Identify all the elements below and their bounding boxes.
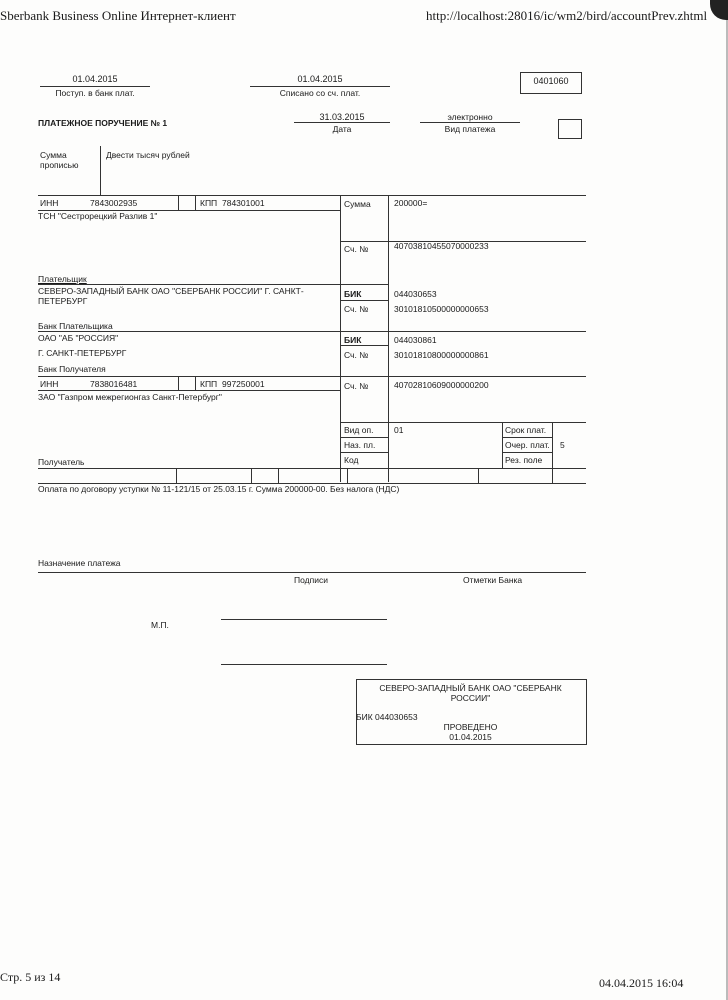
- payee-bank-name-1: ОАО "АБ "РОССИЯ": [38, 333, 118, 343]
- payer-bank-name-1: СЕВЕРО-ЗАПАДНЫЙ БАНК ОАО "СБЕРБАНК РОССИ…: [38, 286, 304, 296]
- debited-date: 01.04.2015: [250, 74, 390, 85]
- payer-amount-label: Сумма: [344, 199, 371, 209]
- received-date: 01.04.2015: [40, 74, 150, 85]
- reserve-label: Рез. поле: [505, 455, 542, 465]
- payer-bank-account: 30101810500000000653: [394, 304, 489, 314]
- print-footer-page: Стр. 5 из 14: [0, 970, 60, 985]
- stamp-bank-line-2: РОССИИ": [356, 693, 585, 703]
- code-label: Код: [344, 455, 358, 465]
- payment-purpose-label: Назначение платежа: [38, 558, 121, 568]
- payee-bank-account: 30101810800000000861: [394, 350, 489, 360]
- signature-line-1: [221, 619, 387, 620]
- stamp-bank-line-1: СЕВЕРО-ЗАПАДНЫЙ БАНК ОАО "СБЕРБАНК: [356, 683, 585, 693]
- payer-bank-account-label: Сч. №: [344, 304, 368, 314]
- seal-label: М.П.: [151, 620, 169, 630]
- payment-purpose-text: Оплата по договору уступки № 11-121/15 о…: [38, 484, 399, 494]
- payer-bank-bik: 044030653: [394, 289, 437, 299]
- debited-label: Списано со сч. плат.: [250, 88, 390, 98]
- payer-inn: 7843002935: [90, 198, 137, 208]
- stamp-status: ПРОВЕДЕНО: [356, 722, 585, 732]
- payer-role-label: Плательщик: [38, 274, 87, 284]
- payer-bank-bik-label: БИК: [344, 289, 361, 299]
- payee-bank-account-label: Сч. №: [344, 350, 368, 360]
- amount-words-label-1: Сумма: [40, 150, 67, 160]
- form-code: 0401060: [520, 72, 582, 94]
- payee-inn-label: ИНН: [40, 379, 58, 389]
- payer-kpp-label: КПП: [200, 198, 217, 208]
- payee-bank-bik-label: БИК: [344, 335, 361, 345]
- signature-line-2: [221, 664, 387, 665]
- scan-corner: [710, 0, 728, 20]
- print-header-url: http://localhost:28016/ic/wm2/bird/accou…: [426, 8, 707, 24]
- document-title: ПЛАТЕЖНОЕ ПОРУЧЕНИЕ № 1: [38, 118, 167, 128]
- bank-marks-label: Отметки Банка: [463, 575, 522, 585]
- due-label: Срок плат.: [505, 425, 546, 435]
- amount-words-label-2: прописью: [40, 160, 78, 170]
- print-header-title: Sberbank Business Online Интернет-клиент: [0, 8, 236, 24]
- payer-kpp: 784301001: [222, 198, 265, 208]
- payer-account: 40703810455070000233: [394, 241, 489, 251]
- priority: 5: [560, 440, 565, 450]
- payee-account: 40702810609000000200: [394, 380, 489, 390]
- payee-bank-name-2: Г. САНКТ-ПЕТЕРБУРГ: [38, 348, 126, 358]
- op-type: 01: [394, 425, 403, 435]
- payment-type: электронно: [420, 112, 520, 122]
- purpose-code-label: Наз. пл.: [344, 440, 375, 450]
- payer-amount: 200000=: [394, 198, 427, 208]
- form-code-text: 0401060: [533, 76, 568, 86]
- payer-bank-name-2: ПЕТЕРБУРГ: [38, 296, 87, 306]
- stamp-date: 01.04.2015: [356, 732, 585, 742]
- priority-label: Очер. плат.: [505, 440, 550, 450]
- payment-type-label: Вид платежа: [420, 124, 520, 134]
- payee-account-label: Сч. №: [344, 381, 368, 391]
- payee-bank-bik: 044030861: [394, 335, 437, 345]
- print-footer-timestamp: 04.04.2015 16:04: [599, 976, 683, 991]
- payee-role-label: Получатель: [38, 457, 84, 467]
- received-label: Поступ. в банк плат.: [40, 88, 150, 98]
- payer-account-label: Сч. №: [344, 244, 368, 254]
- payer-bank-role-label: Банк Плательщика: [38, 321, 113, 331]
- payee-inn: 7838016481: [90, 379, 137, 389]
- stamp-bik: БИК 044030653: [356, 712, 418, 722]
- op-type-label: Вид оп.: [344, 425, 373, 435]
- payee-kpp-label: КПП: [200, 379, 217, 389]
- payee-bank-role-label: Банк Получателя: [38, 364, 106, 374]
- payer-inn-label: ИНН: [40, 198, 58, 208]
- signatures-label: Подписи: [294, 575, 328, 585]
- amount-words: Двести тысяч рублей: [106, 150, 190, 160]
- status-box: [558, 119, 582, 139]
- payee-name: ЗАО "Газпром межрегионгаз Санкт-Петербур…: [38, 392, 222, 402]
- payer-name: ТСН "Сестрорецкий Разлив 1": [38, 211, 157, 221]
- document-date-label: Дата: [294, 124, 390, 134]
- payee-kpp: 997250001: [222, 379, 265, 389]
